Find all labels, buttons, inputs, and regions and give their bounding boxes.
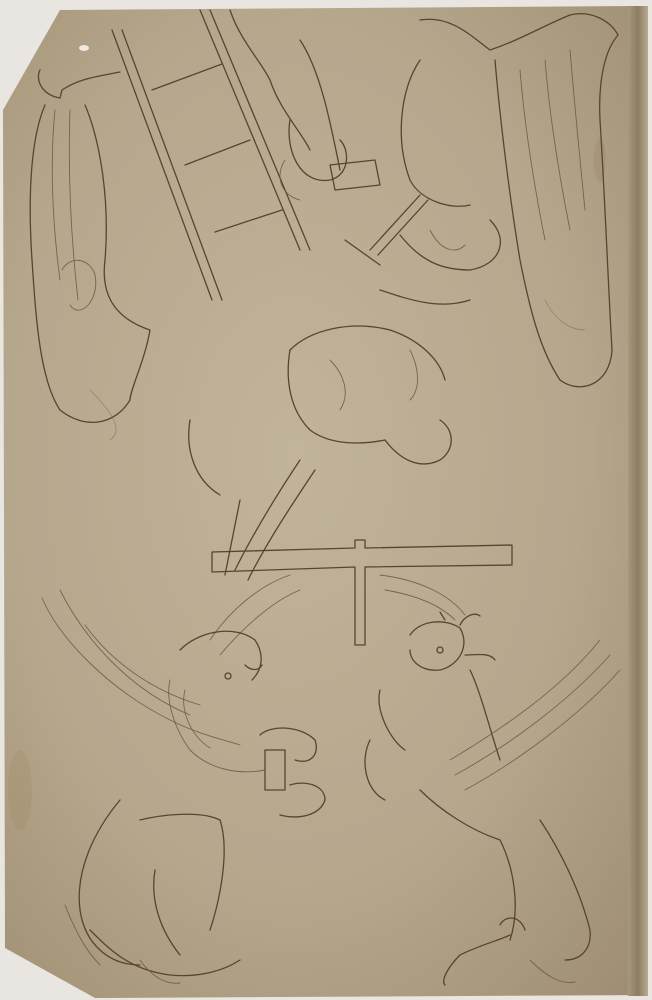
manuscript-leaf xyxy=(0,0,652,1000)
binding-gutter xyxy=(628,6,648,996)
hole-in-parchment xyxy=(79,45,89,51)
